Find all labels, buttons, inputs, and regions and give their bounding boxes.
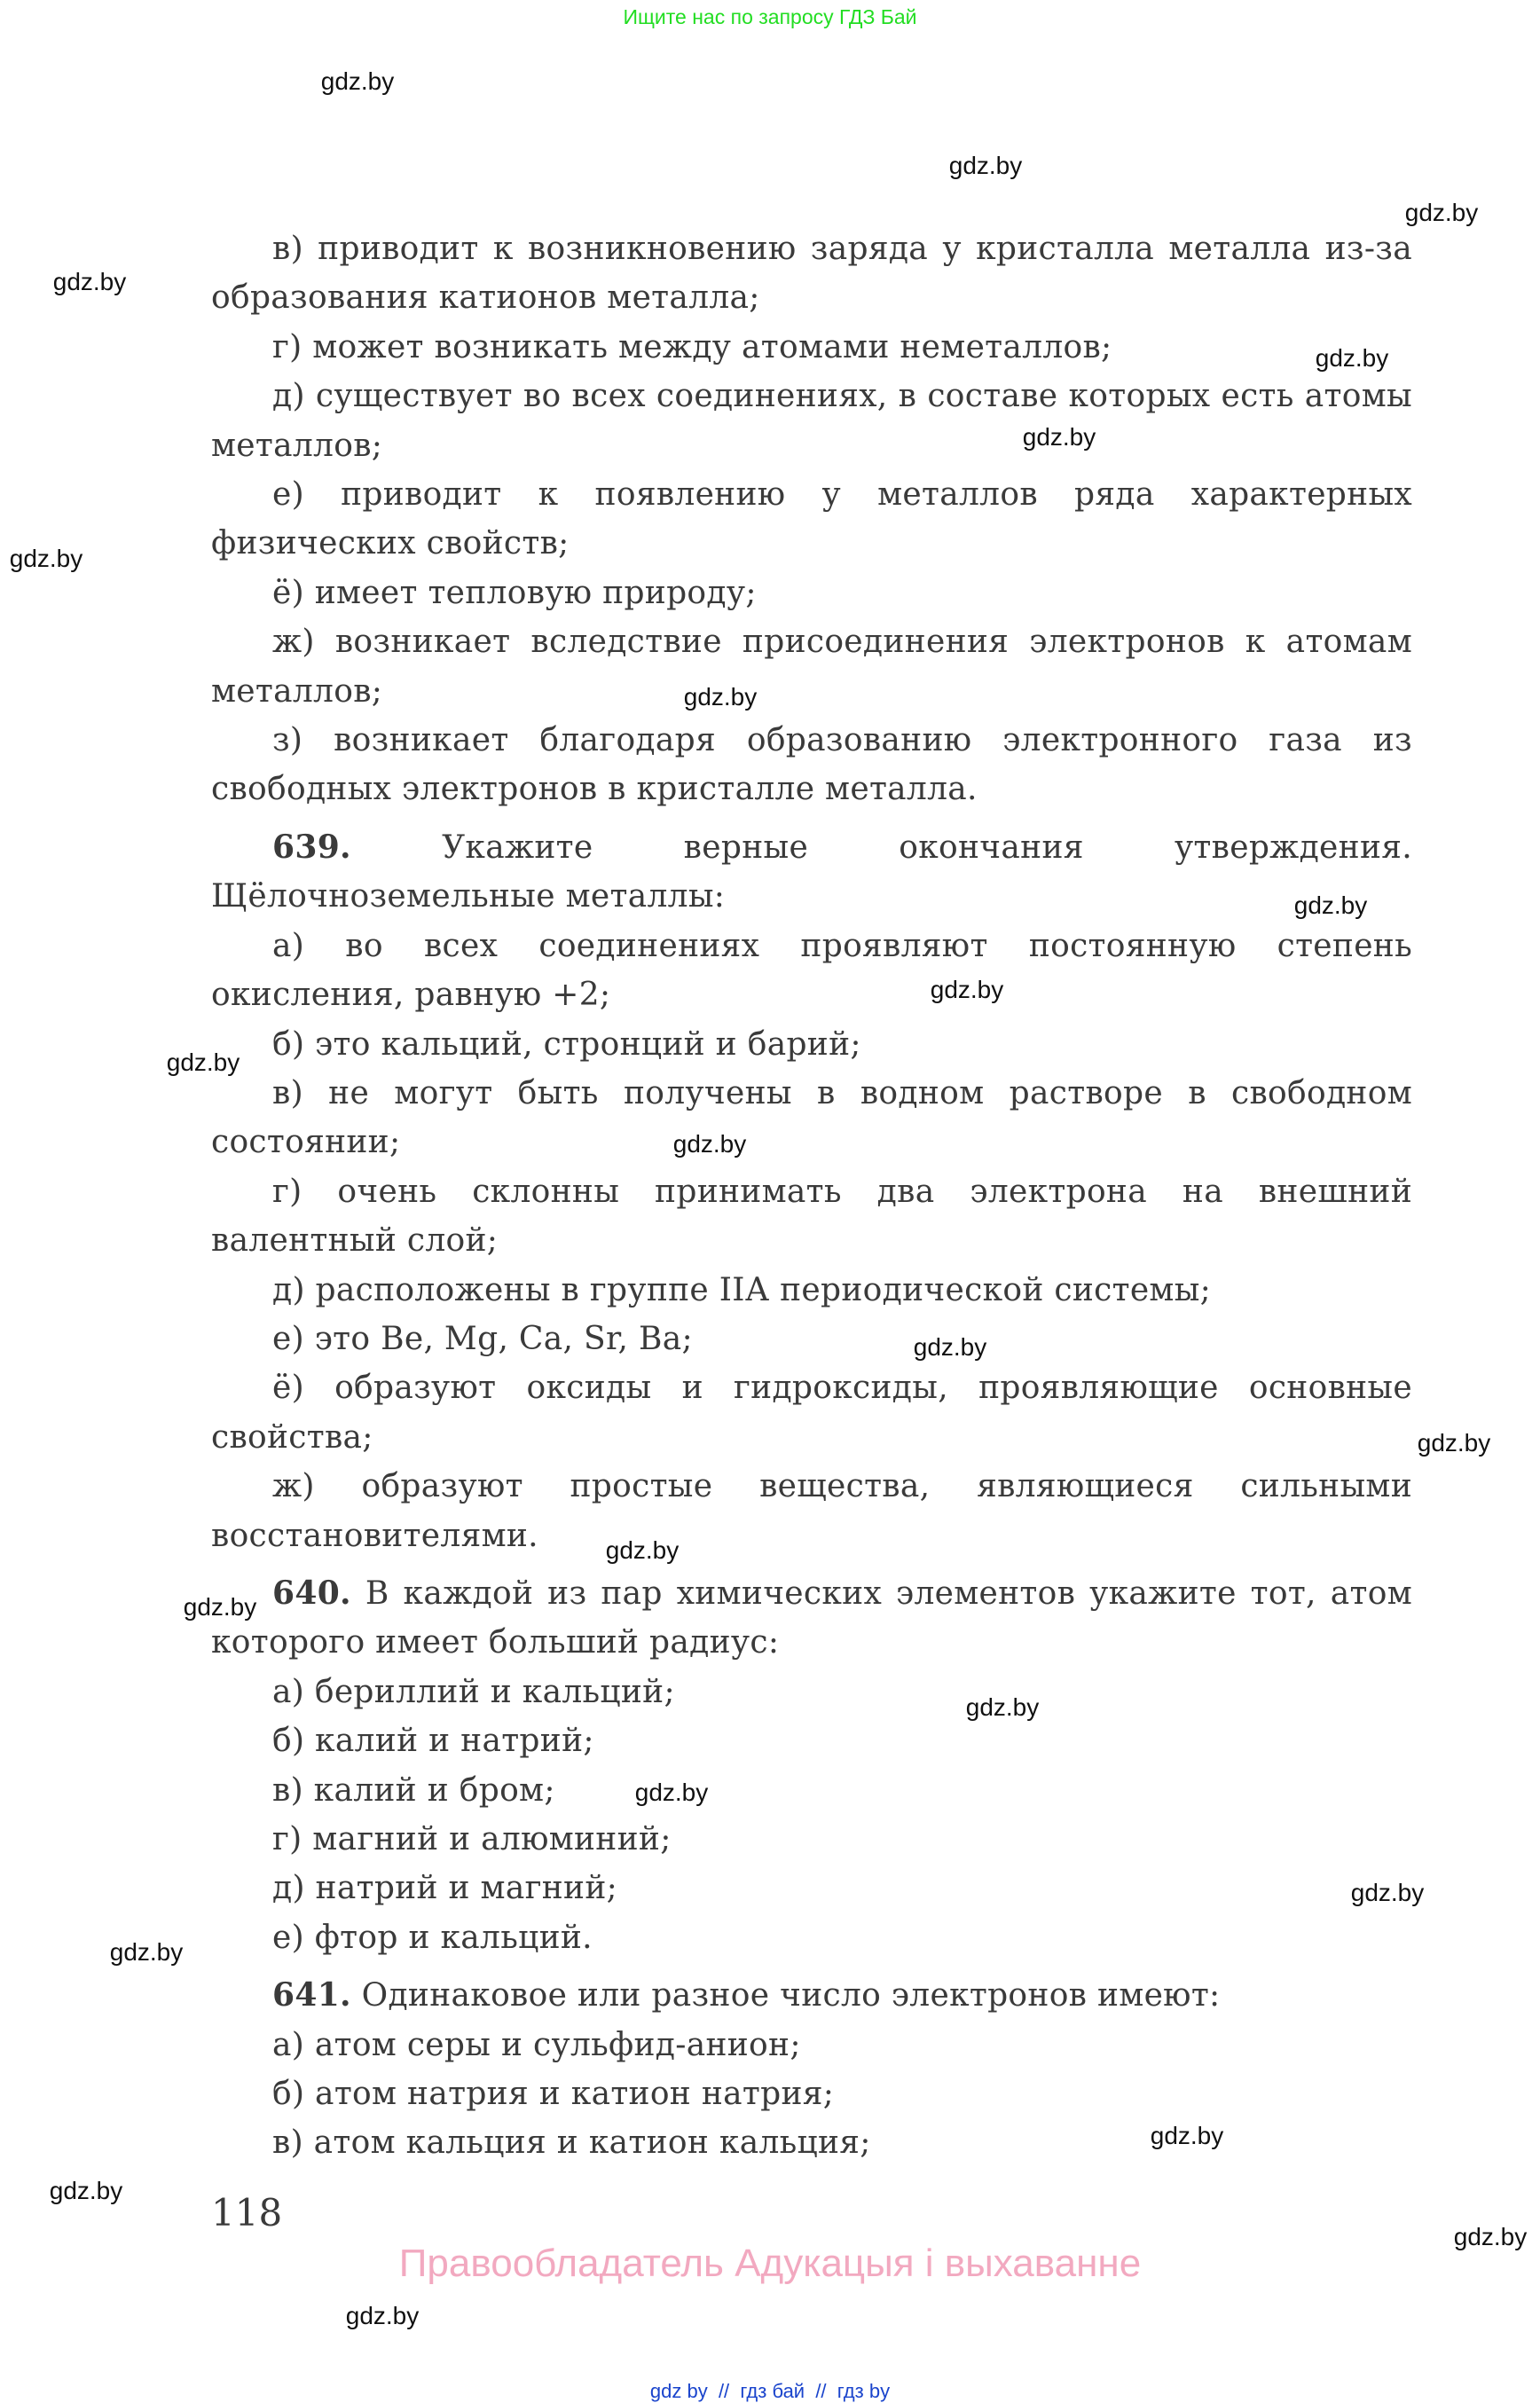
watermark: gdz.by <box>346 2302 420 2330</box>
list-item: б) атом натрия и катион натрия; <box>211 2069 1412 2118</box>
list-item: е) это Be, Mg, Ca, Sr, Ba; <box>211 1315 1412 1363</box>
rights-notice: Правообладатель Адукацыя і выхаванне <box>0 2242 1540 2286</box>
list-item: б) это кальций, стронций и барий; <box>211 1020 1412 1069</box>
watermark: gdz.by <box>914 1333 987 1362</box>
watermark: gdz.by <box>167 1048 240 1077</box>
task-number: 641. <box>272 1976 351 2014</box>
list-item: з) возникает благодаря образованию элект… <box>211 716 1412 814</box>
watermark: gdz.by <box>1454 2223 1528 2251</box>
task-text: Укажите верные окончания утверждения. Щё… <box>211 829 1412 915</box>
task-640-question: 640. В каждой из пар химических элементо… <box>211 1569 1412 1668</box>
watermark: gdz.by <box>966 1693 1040 1722</box>
list-item: а) атом серы и сульфид-анион; <box>211 2021 1412 2069</box>
list-item: д) натрий и магний; <box>211 1864 1412 1912</box>
watermark: gdz.by <box>1351 1879 1425 1907</box>
watermark: gdz.by <box>949 152 1023 180</box>
watermark: gdz.by <box>635 1779 709 1807</box>
list-item: б) калий и натрий; <box>211 1716 1412 1765</box>
list-item: е) приводит к появлению у металлов ряда … <box>211 470 1412 569</box>
list-item: в) атом кальция и катион кальция; <box>211 2118 1412 2167</box>
task-text: В каждой из пар химических элементов ука… <box>211 1575 1412 1661</box>
list-item: ё) имеет тепловую природу; <box>211 569 1412 617</box>
list-item: е) фтор и кальций. <box>211 1913 1412 1962</box>
watermark: gdz.by <box>1418 1429 1491 1457</box>
watermark: gdz.by <box>321 67 395 96</box>
watermark: gdz.by <box>1405 199 1479 227</box>
list-item: г) магний и алюминий; <box>211 1815 1412 1864</box>
watermark: gdz.by <box>684 683 758 711</box>
list-item: ж) образуют простые вещества, являющиеся… <box>211 1462 1412 1560</box>
list-item: д) существует во всех соединениях, в сос… <box>211 372 1412 470</box>
watermark: gdz.by <box>606 1536 680 1565</box>
search-hint-banner: Ищите нас по запросу ГДЗ Бай <box>0 5 1540 29</box>
watermark: gdz.by <box>1316 344 1389 373</box>
list-item: ж) возникает вследствие присоединения эл… <box>211 617 1412 716</box>
list-item: в) не могут быть получены в водном раств… <box>211 1069 1412 1167</box>
list-item: в) приводит к возникновению заряда у кри… <box>211 224 1412 323</box>
watermark: gdz.by <box>110 1938 184 1967</box>
watermark: gdz.by <box>931 976 1004 1004</box>
watermark: gdz.by <box>50 2177 123 2205</box>
list-item: а) бериллий и кальций; <box>211 1668 1412 1716</box>
task-number: 639. <box>272 828 351 866</box>
watermark: gdz.by <box>184 1593 257 1622</box>
watermark: gdz.by <box>673 1130 747 1158</box>
task-641-question: 641. Одинаковое или разное число электро… <box>211 1971 1412 2020</box>
task-text: Одинаковое или разное число электронов и… <box>351 1977 1221 2014</box>
list-item: а) во всех соединениях проявляют постоян… <box>211 922 1412 1020</box>
list-item: г) может возникать между атомами неметал… <box>211 323 1412 372</box>
watermark: gdz.by <box>1294 891 1368 920</box>
watermark: gdz.by <box>53 268 127 296</box>
footer-site-links[interactable]: gdz by // гдз бай // гдз by <box>0 2380 1540 2403</box>
list-item: г) очень склонны принимать два электрона… <box>211 1167 1412 1266</box>
list-item: ё) образуют оксиды и гидроксиды, проявля… <box>211 1363 1412 1462</box>
watermark: gdz.by <box>10 545 83 573</box>
watermark: gdz.by <box>1151 2122 1224 2150</box>
task-number: 640. <box>272 1575 351 1612</box>
watermark: gdz.by <box>1023 423 1096 452</box>
list-item: в) калий и бром; <box>211 1766 1412 1815</box>
list-item: д) расположены в группе IIА периодическо… <box>211 1266 1412 1315</box>
page-number: 118 <box>211 2191 282 2234</box>
task-639-question: 639. Укажите верные окончания утверждени… <box>211 823 1412 922</box>
textbook-page-content: в) приводит к возникновению заряда у кри… <box>211 224 1412 2168</box>
